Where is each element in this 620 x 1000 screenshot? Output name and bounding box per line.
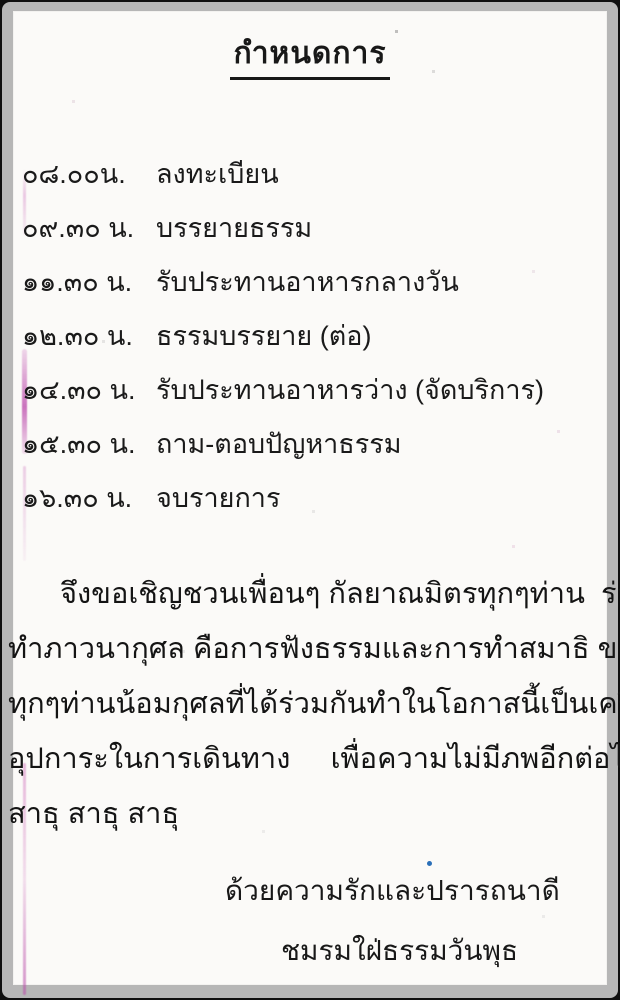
schedule-time: ๑๑.๓๐ น.: [22, 255, 156, 309]
schedule-time: ๑๖.๓๐ น.: [22, 471, 156, 525]
schedule-row: ๐๘.๐๐น. ลงทะเบียน: [22, 147, 601, 201]
schedule-row: ๑๕.๓๐ น. ถาม-ตอบปัญหาธรรม: [22, 417, 601, 471]
paragraph-line: สาธุ สาธุ สาธุ: [8, 787, 605, 842]
paragraph-line: อุปการะในการเดินทาง เพื่อความไม่มีภพอีกต…: [8, 732, 605, 787]
schedule-row: ๑๖.๓๐ น. จบรายการ: [22, 471, 601, 525]
scanned-document: กำหนดการ ๐๘.๐๐น. ลงทะเบียน ๐๙.๓๐ น. บรรย…: [0, 0, 620, 1000]
schedule-time: ๑๒.๓๐ น.: [22, 309, 156, 363]
schedule-activity: ถาม-ตอบปัญหาธรรม: [156, 417, 402, 471]
schedule-activity: บรรยายธรรม: [156, 201, 312, 255]
schedule-row: ๑๒.๓๐ น. ธรรมบรรยาย (ต่อ): [22, 309, 601, 363]
schedule-time: ๐๙.๓๐ น.: [22, 201, 156, 255]
schedule-time: ๑๕.๓๐ น.: [22, 417, 156, 471]
schedule-row: ๑๑.๓๐ น. รับประทานอาหารกลางวัน: [22, 255, 601, 309]
paragraph-line: จึงขอเชิญชวนเพื่อนๆ กัลยาณมิตรทุกๆท่าน ร…: [8, 567, 605, 622]
title-row: กำหนดการ: [13, 37, 607, 80]
schedule-time: ๐๘.๐๐น.: [22, 147, 156, 201]
schedule-time: ๑๔.๓๐ น.: [22, 363, 156, 417]
schedule: ๐๘.๐๐น. ลงทะเบียน ๐๙.๓๐ น. บรรยายธรรม ๑๑…: [22, 147, 601, 525]
schedule-row: ๐๙.๓๐ น. บรรยายธรรม: [22, 201, 601, 255]
ink-speck: [427, 861, 432, 866]
schedule-activity: จบรายการ: [156, 471, 280, 525]
closing-organization: ชมรมใฝ่ธรรมวันพุธ: [281, 929, 518, 973]
page-title: กำหนดการ: [230, 37, 391, 80]
paragraph-line: ทุกๆท่านน้อมกุศลที่ได้ร่วมกันทำในโอกาสนี…: [8, 677, 605, 732]
invitation-paragraph: จึงขอเชิญชวนเพื่อนๆ กัลยาณมิตรทุกๆท่าน ร…: [8, 567, 605, 842]
document-page: กำหนดการ ๐๘.๐๐น. ลงทะเบียน ๐๙.๓๐ น. บรรย…: [13, 11, 607, 985]
schedule-activity: ธรรมบรรยาย (ต่อ): [156, 309, 371, 363]
schedule-activity: รับประทานอาหารว่าง (จัดบริการ): [156, 363, 544, 417]
schedule-activity: ลงทะเบียน: [156, 147, 279, 201]
schedule-row: ๑๔.๓๐ น. รับประทานอาหารว่าง (จัดบริการ): [22, 363, 601, 417]
paragraph-line: ทำภาวนากุศล คือการฟังธรรมและการทำสมาธิ ข…: [8, 622, 605, 677]
paper-speckle: [13, 11, 14, 12]
closing-sign-off: ด้วยความรักและปรารถนาดี: [225, 869, 560, 913]
schedule-activity: รับประทานอาหารกลางวัน: [156, 255, 459, 309]
